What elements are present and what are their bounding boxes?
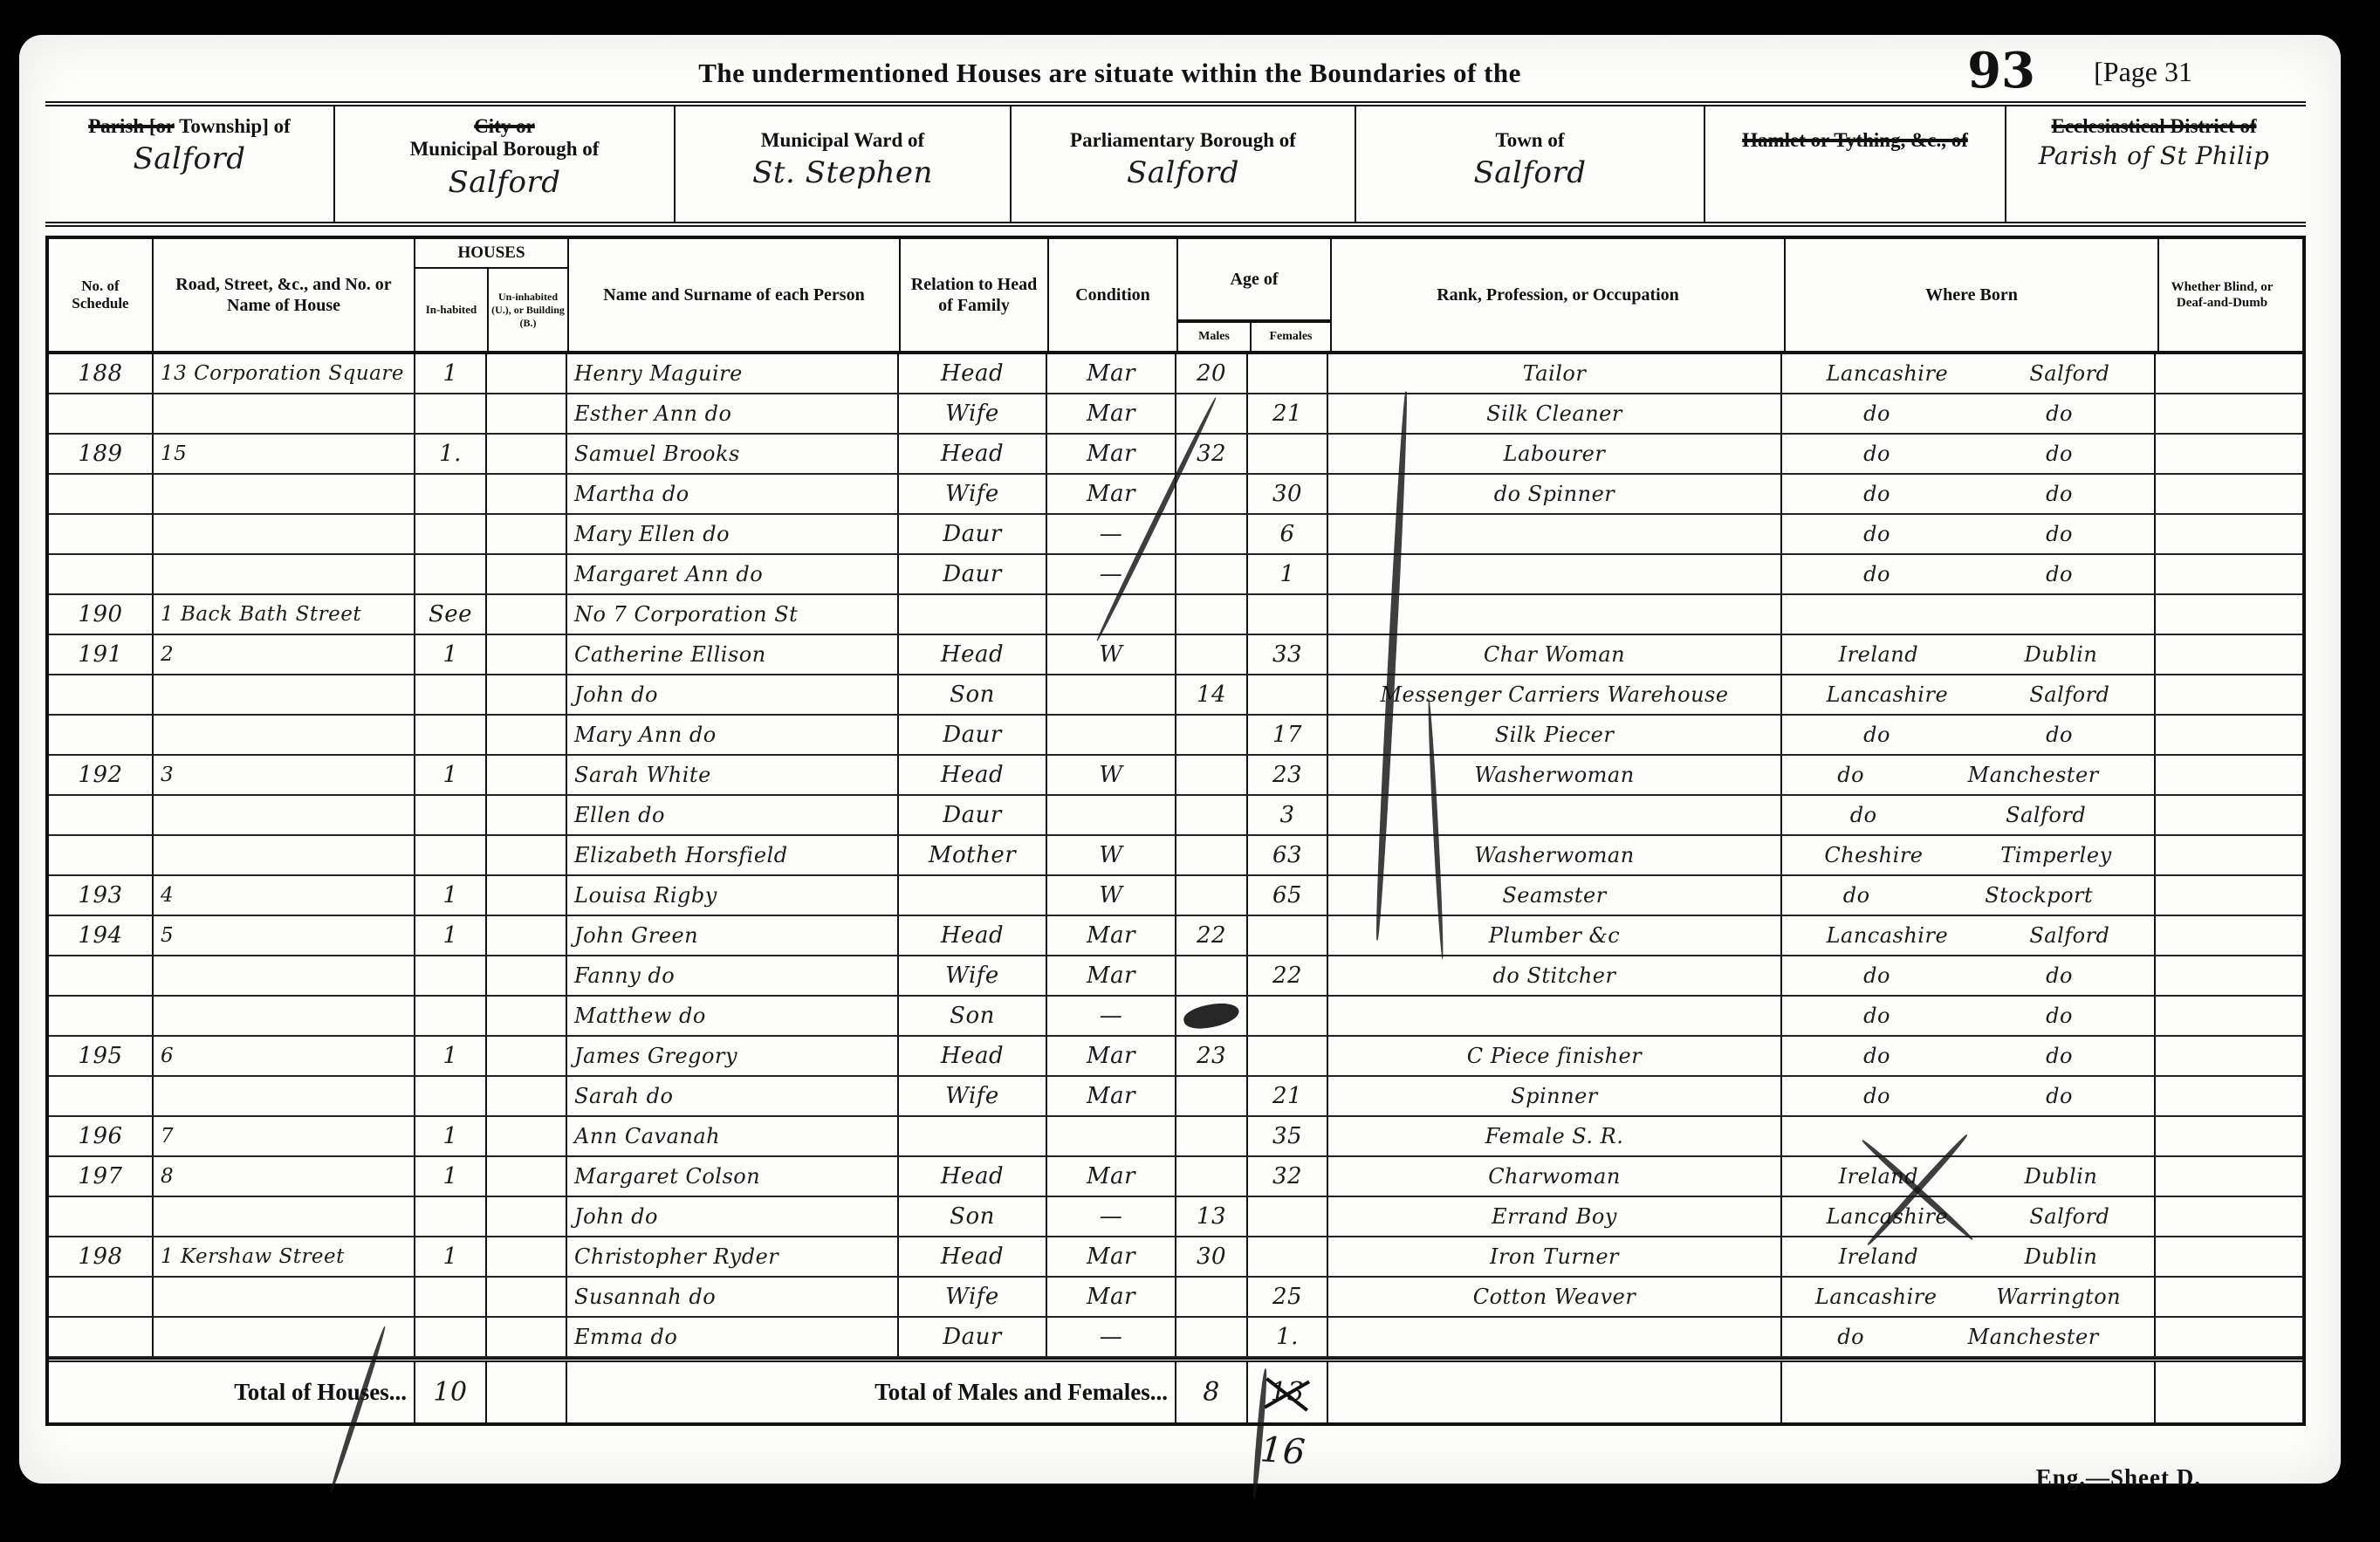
- cell-inhabited: [414, 515, 485, 553]
- cell-age-female: 23: [1246, 756, 1327, 794]
- cell-blind: [2154, 635, 2281, 674]
- cell-age-female: [1246, 1037, 1327, 1075]
- col-males: Males: [1178, 323, 1250, 351]
- table-row: Emma doDaur—1.doManchester: [49, 1318, 2302, 1358]
- cell-road: 7: [152, 1117, 414, 1155]
- born-b2: do: [2046, 522, 2073, 546]
- cell-age-female: 32: [1246, 1157, 1327, 1196]
- born-b2: do: [2046, 963, 2073, 988]
- cell-condition: W: [1046, 876, 1175, 915]
- houses-subcols: In-habited Un-inhabited (U.), or Buildin…: [415, 269, 567, 351]
- cell-age-male: [1175, 475, 1246, 513]
- cell-occupation: Cotton Weaver: [1327, 1278, 1780, 1316]
- cell-name: Martha do: [566, 475, 897, 513]
- col-condition: Condition: [1047, 239, 1176, 351]
- totals-row: Total of Houses... 10 Total of Males and…: [49, 1358, 2302, 1422]
- cell-inhabited: [414, 836, 485, 874]
- cell-schedule: 194: [49, 916, 152, 955]
- district-box-borough: City or Municipal Borough of Salford: [333, 106, 674, 222]
- label-text: Town of: [1495, 129, 1564, 151]
- cell-where-born: dodo: [1780, 394, 2154, 433]
- cell-relation: Head: [897, 1157, 1046, 1196]
- district-box-parl-borough: Parliamentary Borough of Salford: [1010, 106, 1355, 222]
- table-row: Mary Ellen doDaur—6dodo: [49, 515, 2302, 555]
- born-b1: Lancashire: [1827, 682, 1949, 707]
- born-b1: Lancashire: [1827, 1204, 1949, 1229]
- cell-blind: [2154, 1278, 2281, 1316]
- table-row: 19671Ann Cavanah35Female S. R.: [49, 1117, 2302, 1157]
- cell-occupation: Errand Boy: [1327, 1197, 1780, 1236]
- col-relation: Relation to Head of Family: [899, 239, 1047, 351]
- cell-condition: [1046, 1117, 1175, 1155]
- col-group-age: Age of Males Females: [1176, 239, 1330, 351]
- cell-road: 1 Back Bath Street: [152, 595, 414, 634]
- table-row: 19231Sarah WhiteHeadW23WasherwomandoManc…: [49, 756, 2302, 796]
- cell-occupation: do Stitcher: [1327, 956, 1780, 995]
- cell-blind: [2154, 1117, 2281, 1155]
- cell-schedule: [49, 675, 152, 714]
- cell-road: [152, 515, 414, 553]
- cell-where-born: dodo: [1780, 515, 2154, 553]
- cell-schedule: 189: [49, 435, 152, 473]
- cell-road: 4: [152, 876, 414, 915]
- cell-where-born: dodo: [1780, 1037, 2154, 1075]
- cell-schedule: 196: [49, 1117, 152, 1155]
- cell-road: [152, 956, 414, 995]
- table-body: 18813 Corporation Square1Henry MaguireHe…: [49, 354, 2302, 1358]
- cell-age-female: 3: [1246, 796, 1327, 834]
- cell-occupation: [1327, 595, 1780, 634]
- cell-where-born: [1780, 1117, 2154, 1155]
- cell-road: 2: [152, 635, 414, 674]
- cell-where-born: LancashireSalford: [1780, 675, 2154, 714]
- cell-name: Ellen do: [566, 796, 897, 834]
- cell-blind: [2154, 675, 2281, 714]
- born-b1: do: [1863, 562, 1890, 586]
- cell-uninhabited: [485, 836, 566, 874]
- cell-relation: Head: [897, 354, 1046, 393]
- table-row: Elizabeth HorsfieldMotherW63WasherwomanC…: [49, 836, 2302, 876]
- cell-age-female: [1246, 435, 1327, 473]
- cell-name: Matthew do: [566, 997, 897, 1035]
- born-b2: Timperley: [2000, 843, 2111, 867]
- census-table: No. of Schedule Road, Street, &c., and N…: [45, 236, 2306, 1426]
- cell-age-male: [1175, 1318, 1246, 1356]
- cell-age-female: 35: [1246, 1117, 1327, 1155]
- struck-label-text: Parish [or: [88, 115, 175, 137]
- born-b1: Lancashire: [1827, 923, 1949, 948]
- cell-age-male: 30: [1175, 1237, 1246, 1276]
- cell-occupation: [1327, 796, 1780, 834]
- cell-relation: Head: [897, 1037, 1046, 1075]
- cell-inhabited: 1: [414, 1117, 485, 1155]
- col-age: Age of: [1178, 239, 1330, 321]
- struck-label-text: Hamlet or Tything, &c., of: [1742, 129, 1968, 151]
- cell-schedule: 190: [49, 595, 152, 634]
- born-b1: do: [1863, 401, 1890, 426]
- cell-condition: Mar: [1046, 1077, 1175, 1115]
- totals-empty-cell: [1780, 1362, 2154, 1422]
- cell-occupation: Plumber &c: [1327, 916, 1780, 955]
- census-sheet: The undermentioned Houses are situate wi…: [19, 35, 2341, 1484]
- cell-blind: [2154, 394, 2281, 433]
- cell-blind: [2154, 475, 2281, 513]
- cell-where-born: [1780, 595, 2154, 634]
- cell-schedule: [49, 394, 152, 433]
- cell-relation: Wife: [897, 1077, 1046, 1115]
- born-b2: Salford: [2029, 1204, 2109, 1229]
- cell-occupation: [1327, 997, 1780, 1035]
- page-title: The undermentioned Houses are situate wi…: [698, 58, 1521, 89]
- col-females: Females: [1250, 323, 1330, 351]
- cell-name: Esther Ann do: [566, 394, 897, 433]
- cell-relation: Son: [897, 1197, 1046, 1236]
- cell-age-female: 21: [1246, 1077, 1327, 1115]
- cell-blind: [2154, 555, 2281, 593]
- table-row: Matthew doSon—dodo: [49, 997, 2302, 1037]
- cell-age-male: [1175, 515, 1246, 553]
- cell-inhabited: 1: [414, 1157, 485, 1196]
- ward-value: St. Stephen: [684, 155, 1001, 190]
- cell-occupation: Messenger Carriers Warehouse: [1327, 675, 1780, 714]
- cell-age-female: 65: [1246, 876, 1327, 915]
- table-row: 19121Catherine EllisonHeadW33Char WomanI…: [49, 635, 2302, 675]
- eccl-district-value: Parish of St Philip: [2015, 141, 2293, 170]
- born-b1: do: [1863, 963, 1890, 988]
- born-b2: do: [2046, 1084, 2073, 1108]
- cell-blind: [2154, 1318, 2281, 1356]
- cell-blind: [2154, 796, 2281, 834]
- born-b1: do: [1863, 442, 1890, 466]
- cell-where-born: dodo: [1780, 555, 2154, 593]
- cell-inhabited: 1: [414, 1037, 485, 1075]
- cell-blind: [2154, 435, 2281, 473]
- cell-schedule: 197: [49, 1157, 152, 1196]
- cell-condition: —: [1046, 555, 1175, 593]
- cell-where-born: doManchester: [1780, 1318, 2154, 1356]
- cell-age-male: [1175, 394, 1246, 433]
- cell-inhabited: 1: [414, 635, 485, 674]
- table-row: Ellen doDaur3doSalford: [49, 796, 2302, 836]
- cell-uninhabited: [485, 1117, 566, 1155]
- cell-condition: [1046, 595, 1175, 634]
- table-row: Susannah doWifeMar25Cotton WeaverLancash…: [49, 1278, 2302, 1318]
- cell-relation: [897, 1117, 1046, 1155]
- cell-age-male: [1175, 997, 1246, 1035]
- cell-inhabited: 1: [414, 354, 485, 393]
- cell-occupation: [1327, 1318, 1780, 1356]
- cell-road: 5: [152, 916, 414, 955]
- cell-occupation: Iron Turner: [1327, 1237, 1780, 1276]
- cell-schedule: [49, 475, 152, 513]
- cell-blind: [2154, 1037, 2281, 1075]
- cell-uninhabited: [485, 876, 566, 915]
- table-row: John doSon14Messenger Carriers Warehouse…: [49, 675, 2302, 716]
- cell-where-born: LancashireSalford: [1780, 354, 2154, 393]
- age-subcols: Males Females: [1178, 321, 1330, 351]
- cell-schedule: [49, 997, 152, 1035]
- cell-condition: Mar: [1046, 1278, 1175, 1316]
- cell-occupation: C Piece finisher: [1327, 1037, 1780, 1075]
- born-b1: Ireland: [1839, 1164, 1918, 1189]
- struck-total: 13: [1270, 1377, 1304, 1408]
- cell-age-female: 22: [1246, 956, 1327, 995]
- cell-road: 6: [152, 1037, 414, 1075]
- cell-blind: [2154, 876, 2281, 915]
- cell-schedule: [49, 956, 152, 995]
- cell-age-female: [1246, 1237, 1327, 1276]
- cell-uninhabited: [485, 997, 566, 1035]
- table-row: Fanny doWifeMar22do Stitcherdodo: [49, 956, 2302, 997]
- cell-relation: Son: [897, 675, 1046, 714]
- cell-age-female: [1246, 675, 1327, 714]
- cell-schedule: [49, 555, 152, 593]
- cell-age-male: [1175, 1157, 1246, 1196]
- cell-relation: Wife: [897, 956, 1046, 995]
- born-b1: Ireland: [1839, 642, 1918, 667]
- cell-condition: Mar: [1046, 354, 1175, 393]
- cell-name: John do: [566, 675, 897, 714]
- table-row: 19781Margaret ColsonHeadMar32CharwomanIr…: [49, 1157, 2302, 1197]
- cell-name: Sarah White: [566, 756, 897, 794]
- cell-blind: [2154, 716, 2281, 754]
- label-text: Municipal Borough of: [410, 138, 600, 160]
- totals-empty-cell: [485, 1362, 566, 1422]
- born-b1: do: [1843, 883, 1870, 908]
- district-label: Ecclesiastical District of: [2015, 115, 2293, 138]
- cell-name: Ann Cavanah: [566, 1117, 897, 1155]
- district-box-township: Parish [or Township] of Salford: [45, 106, 333, 222]
- ink-scribble: [1182, 999, 1241, 1033]
- cell-occupation: Char Woman: [1327, 635, 1780, 674]
- born-b2: do: [2046, 1004, 2073, 1028]
- cell-occupation: Spinner: [1327, 1077, 1780, 1115]
- cell-age-female: 1.: [1246, 1318, 1327, 1356]
- cell-age-female: 6: [1246, 515, 1327, 553]
- col-occupation: Rank, Profession, or Occupation: [1330, 239, 1784, 351]
- table-row: 19561James GregoryHeadMar23C Piece finis…: [49, 1037, 2302, 1077]
- cell-blind: [2154, 956, 2281, 995]
- cell-condition: —: [1046, 997, 1175, 1035]
- cell-road: 8: [152, 1157, 414, 1196]
- born-b2: do: [2046, 482, 2073, 506]
- born-b2: Salford: [2006, 803, 2086, 827]
- cell-relation: Wife: [897, 1278, 1046, 1316]
- table-row: 189151.Samuel BrooksHeadMar32Labourerdod…: [49, 435, 2302, 475]
- cell-where-born: dodo: [1780, 475, 2154, 513]
- cell-name: Sarah do: [566, 1077, 897, 1115]
- born-b2: Stockport: [1985, 883, 2093, 908]
- cell-name: John Green: [566, 916, 897, 955]
- cell-uninhabited: [485, 916, 566, 955]
- totals-empty-cell: [1327, 1362, 1780, 1422]
- cell-occupation: [1327, 555, 1780, 593]
- town-value: Salford: [1365, 155, 1695, 190]
- cell-age-male: 13: [1175, 1197, 1246, 1236]
- cell-schedule: [49, 796, 152, 834]
- total-houses-label: Total of Houses...: [49, 1362, 414, 1422]
- cell-relation: Wife: [897, 475, 1046, 513]
- cell-name: John do: [566, 1197, 897, 1236]
- cell-relation: Daur: [897, 716, 1046, 754]
- cell-occupation: Seamster: [1327, 876, 1780, 915]
- cell-condition: Mar: [1046, 956, 1175, 995]
- sheet-footer-label: Eng.—Sheet D.: [2036, 1464, 2201, 1491]
- table-row: Margaret Ann doDaur—1dodo: [49, 555, 2302, 595]
- cell-name: Emma do: [566, 1318, 897, 1356]
- cell-inhabited: [414, 1278, 485, 1316]
- cell-blind: [2154, 997, 2281, 1035]
- born-b2: do: [2046, 401, 2073, 426]
- cell-condition: [1046, 675, 1175, 714]
- cell-uninhabited: [485, 595, 566, 634]
- cell-inhabited: 1: [414, 756, 485, 794]
- born-b2: do: [2046, 442, 2073, 466]
- cell-where-born: dodo: [1780, 997, 2154, 1035]
- born-b2: Dublin: [2024, 642, 2097, 667]
- district-header-row: Parish [or Township] of Salford City or …: [45, 101, 2306, 227]
- born-b1: Lancashire: [1827, 361, 1949, 386]
- cell-name: Catherine Ellison: [566, 635, 897, 674]
- cell-name: Christopher Ryder: [566, 1237, 897, 1276]
- cell-blind: [2154, 756, 2281, 794]
- scanned-census-page: { "page": { "title": "The undermentioned…: [0, 0, 2380, 1542]
- cell-occupation: Washerwoman: [1327, 836, 1780, 874]
- cell-uninhabited: [485, 394, 566, 433]
- cell-where-born: doStockport: [1780, 876, 2154, 915]
- cell-inhabited: [414, 1077, 485, 1115]
- cell-uninhabited: [485, 1157, 566, 1196]
- cell-uninhabited: [485, 1318, 566, 1356]
- cell-age-female: [1246, 1197, 1327, 1236]
- cell-age-male: [1175, 796, 1246, 834]
- census-sheet-content: The undermentioned Houses are situate wi…: [45, 47, 2306, 1461]
- cell-where-born: dodo: [1780, 716, 2154, 754]
- cell-occupation: Washerwoman: [1327, 756, 1780, 794]
- cell-schedule: [49, 1197, 152, 1236]
- cell-inhabited: [414, 716, 485, 754]
- cell-occupation: do Spinner: [1327, 475, 1780, 513]
- cell-age-male: 23: [1175, 1037, 1246, 1075]
- cell-age-male: 22: [1175, 916, 1246, 955]
- cell-relation: Head: [897, 1237, 1046, 1276]
- cell-age-male: 20: [1175, 354, 1246, 393]
- cell-age-female: [1246, 997, 1327, 1035]
- table-row: Sarah doWifeMar21Spinnerdodo: [49, 1077, 2302, 1117]
- cell-age-female: [1246, 354, 1327, 393]
- cell-road: [152, 394, 414, 433]
- label-text: Township] of: [179, 115, 291, 137]
- struck-label-text: Ecclesiastical District of: [2051, 115, 2256, 137]
- cell-condition: W: [1046, 756, 1175, 794]
- cell-name: Susannah do: [566, 1278, 897, 1316]
- cell-relation: Wife: [897, 394, 1046, 433]
- cell-condition: —: [1046, 1318, 1175, 1356]
- cell-occupation: Charwoman: [1327, 1157, 1780, 1196]
- cell-age-female: [1246, 595, 1327, 634]
- cell-uninhabited: [485, 716, 566, 754]
- cell-relation: Head: [897, 916, 1046, 955]
- district-box-ward: Municipal Ward of St. Stephen: [674, 106, 1010, 222]
- born-b1: do: [1837, 763, 1864, 787]
- cell-condition: Mar: [1046, 435, 1175, 473]
- table-row: 1901 Back Bath StreetSeeNo 7 Corporation…: [49, 595, 2302, 635]
- born-b1: do: [1863, 1084, 1890, 1108]
- cell-inhabited: 1.: [414, 435, 485, 473]
- cell-age-male: 32: [1175, 435, 1246, 473]
- cell-name: Mary Ellen do: [566, 515, 897, 553]
- footer-strip: 16 Eng.—Sheet D.: [45, 1426, 2306, 1522]
- total-females-value-struck: 13: [1246, 1362, 1327, 1422]
- cell-where-born: IrelandDublin: [1780, 1157, 2154, 1196]
- cell-age-female: 25: [1246, 1278, 1327, 1316]
- cell-age-female: 30: [1246, 475, 1327, 513]
- cell-schedule: 198: [49, 1237, 152, 1276]
- born-b2: do: [2046, 723, 2073, 747]
- cell-schedule: [49, 1278, 152, 1316]
- cell-schedule: 192: [49, 756, 152, 794]
- cell-uninhabited: [485, 956, 566, 995]
- cell-name: Louisa Rigby: [566, 876, 897, 915]
- cell-inhabited: [414, 796, 485, 834]
- cell-uninhabited: [485, 756, 566, 794]
- cell-relation: Daur: [897, 796, 1046, 834]
- cell-occupation: Female S. R.: [1327, 1117, 1780, 1155]
- cell-inhabited: [414, 1197, 485, 1236]
- cell-age-male: [1175, 756, 1246, 794]
- cell-uninhabited: [485, 675, 566, 714]
- cell-road: [152, 796, 414, 834]
- cell-uninhabited: [485, 515, 566, 553]
- cell-relation: Head: [897, 756, 1046, 794]
- cell-where-born: IrelandDublin: [1780, 635, 2154, 674]
- cell-condition: [1046, 716, 1175, 754]
- cell-where-born: LancashireSalford: [1780, 916, 2154, 955]
- township-value: Salford: [54, 141, 325, 176]
- district-box-town: Town of Salford: [1355, 106, 1704, 222]
- parl-borough-value: Salford: [1020, 155, 1346, 190]
- district-label: Parish [or Township] of: [54, 115, 325, 138]
- cell-blind: [2154, 595, 2281, 634]
- cell-schedule: 191: [49, 635, 152, 674]
- totals-empty-cell: [2154, 1362, 2281, 1422]
- cell-blind: [2154, 1077, 2281, 1115]
- cell-blind: [2154, 916, 2281, 955]
- table-header: No. of Schedule Road, Street, &c., and N…: [49, 239, 2302, 354]
- cell-inhabited: [414, 997, 485, 1035]
- cell-occupation: [1327, 515, 1780, 553]
- cell-inhabited: 1: [414, 876, 485, 915]
- cell-inhabited: [414, 1318, 485, 1356]
- cell-condition: Mar: [1046, 1157, 1175, 1196]
- born-b2: do: [2046, 562, 2073, 586]
- cell-uninhabited: [485, 1278, 566, 1316]
- cell-road: [152, 675, 414, 714]
- cell-relation: [897, 595, 1046, 634]
- cell-age-male: [1175, 876, 1246, 915]
- cell-where-born: CheshireTimperley: [1780, 836, 2154, 874]
- cell-name: Mary Ann do: [566, 716, 897, 754]
- cell-name: Elizabeth Horsfield: [566, 836, 897, 874]
- cell-name: Margaret Colson: [566, 1157, 897, 1196]
- cell-uninhabited: [485, 1077, 566, 1115]
- cell-relation: [897, 876, 1046, 915]
- cell-relation: Mother: [897, 836, 1046, 874]
- cell-road: [152, 997, 414, 1035]
- born-b1: Lancashire: [1815, 1285, 1938, 1309]
- col-schedule: No. of Schedule: [49, 239, 152, 351]
- cell-inhabited: [414, 555, 485, 593]
